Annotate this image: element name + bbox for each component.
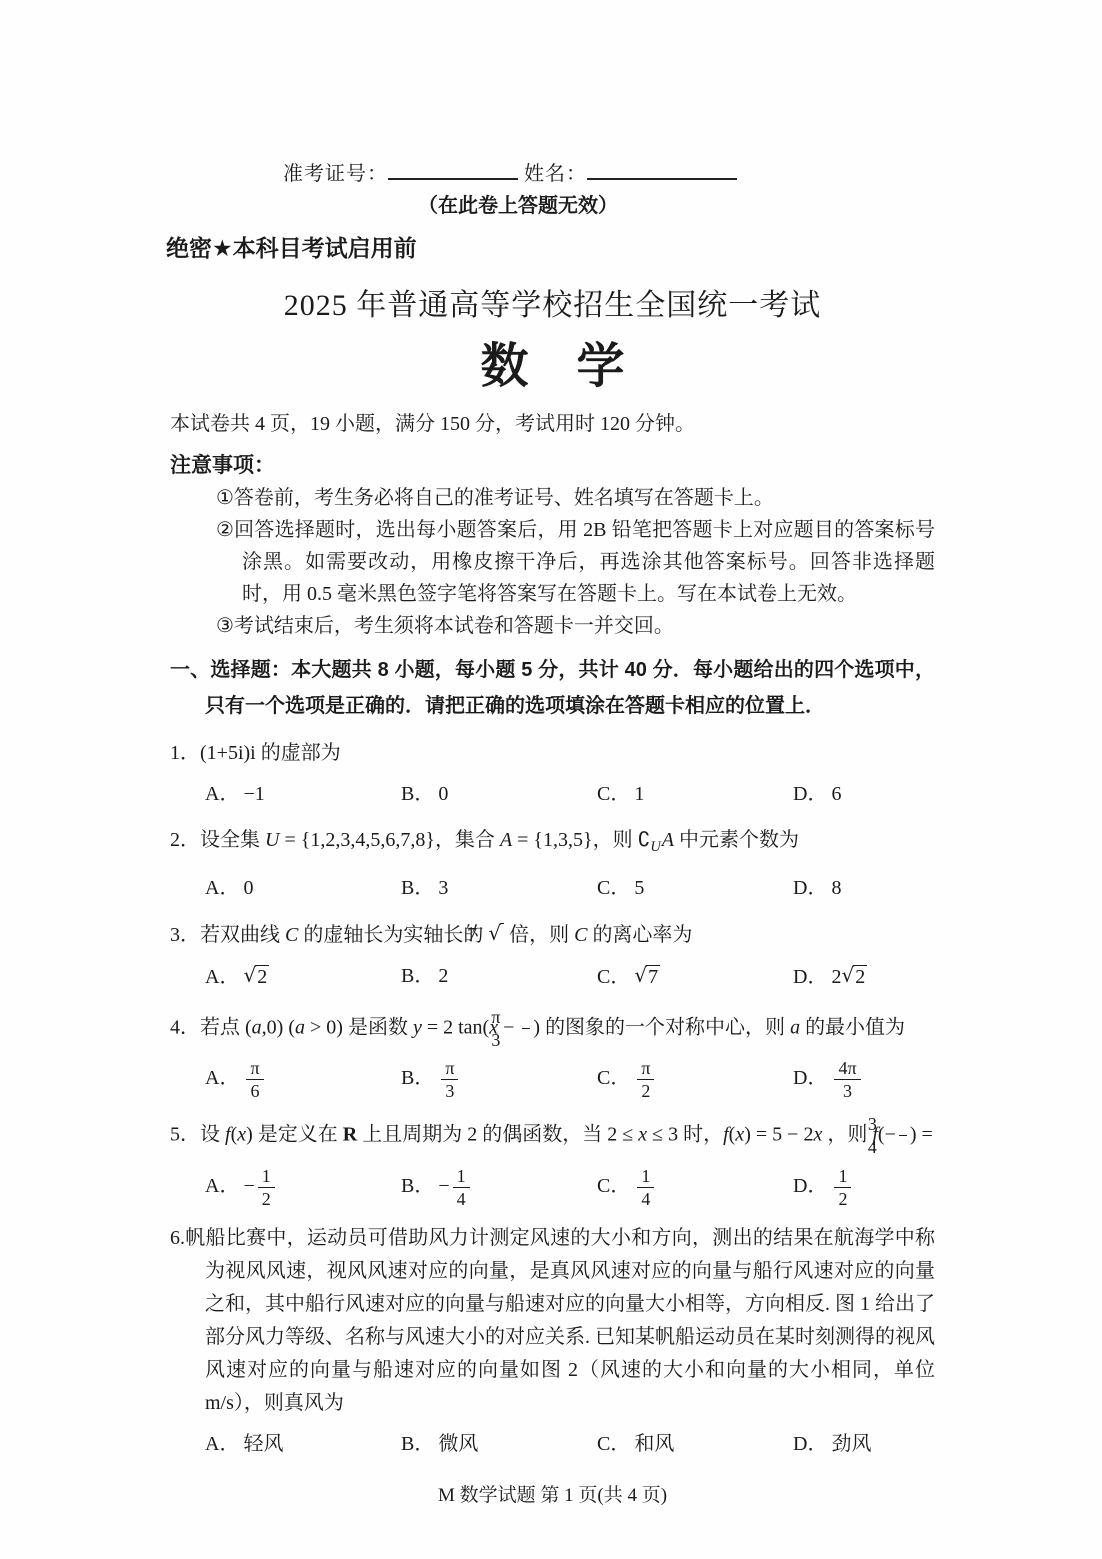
option-label: A．: [205, 1067, 239, 1089]
notice-item-1: ①答卷前，考生务必将自己的准考证号、姓名填写在答题卡上。: [216, 482, 935, 514]
text-segment: ，则: [593, 829, 638, 851]
question-number: 5．: [170, 1123, 200, 1145]
option-A: A．−1: [205, 778, 401, 811]
option-C: C．1: [597, 778, 793, 811]
text-segment: 劲风: [831, 1433, 871, 1455]
option-D: D．12: [793, 1166, 991, 1209]
text-segment: x: [638, 1123, 647, 1145]
option-content: 5: [634, 877, 644, 899]
text-segment: C: [574, 924, 587, 946]
question-stem: 1．(1+5i)i 的虚部为: [170, 737, 935, 770]
option-label: D．: [793, 1433, 827, 1455]
text-segment: 设全集: [200, 829, 265, 851]
math-fraction: 34: [899, 1114, 907, 1157]
fraction-numerator: π: [522, 1007, 530, 1029]
text-segment: 的虚轴长为实轴长的: [298, 924, 488, 946]
text-segment: A: [500, 829, 512, 851]
exam-no-label: 准考证号：: [283, 163, 388, 185]
registration-line: 准考证号：姓名：: [283, 158, 935, 188]
option-content: 微风: [438, 1433, 478, 1455]
options-row: A．−1B．0C．1D．6: [205, 778, 935, 811]
option-C: C．π2: [597, 1058, 793, 1101]
fraction-numerator: 1: [637, 1166, 654, 1188]
option-label: D．: [793, 1175, 827, 1197]
option-D: D．4π3: [793, 1058, 991, 1101]
option-content: −14: [438, 1175, 472, 1197]
text-segment: ≤ 3: [647, 1123, 678, 1145]
option-label: B．: [401, 1433, 434, 1455]
option-content: π3: [438, 1067, 461, 1089]
radical-sign: √: [841, 963, 854, 987]
fraction-denominator: 4: [457, 1188, 466, 1209]
text-segment: 的虚部为: [256, 742, 341, 764]
option-label: C．: [597, 877, 630, 899]
exam-paper-page: 准考证号：姓名： （在此卷上答题无效） 绝密★本科目考试启用前 2025 年普通…: [0, 0, 1102, 1559]
question-number: 6.: [170, 1227, 185, 1249]
text-segment: −: [498, 1016, 519, 1038]
text-segment: A: [662, 829, 674, 851]
exam-no-blank-field: [388, 158, 518, 180]
option-label: A．: [205, 1433, 239, 1455]
option-B: B．π3: [401, 1058, 597, 1101]
notice-list: ①答卷前，考生务必将自己的准考证号、姓名填写在答题卡上。 ②回答选择题时，选出每…: [216, 482, 935, 642]
secrecy-note: 绝密★本科目考试启用前: [166, 232, 935, 264]
math-sqrt: √2: [243, 966, 269, 988]
option-C: C．14: [597, 1166, 793, 1209]
option-label: A．: [205, 966, 239, 988]
option-B: B．3: [401, 872, 597, 905]
option-label: A．: [205, 783, 239, 805]
text-segment: ,0) (: [262, 1016, 295, 1038]
option-A: A．√2: [205, 960, 401, 994]
text-segment: 的离心率为: [587, 924, 692, 946]
options-row: A．√2B．2C．√7D．2√2: [205, 960, 935, 994]
text-segment: ) = 5 − 2: [744, 1123, 813, 1145]
fraction-denominator: 4: [641, 1188, 650, 1209]
option-A: A．−12: [205, 1166, 401, 1209]
math-sqrt: √7: [634, 966, 660, 988]
options-row: A．−12B．−14C．14D．12: [205, 1166, 935, 1209]
option-content: √2: [243, 966, 269, 988]
math-fraction: 4π3: [834, 1058, 860, 1101]
text-segment: 的图象的一个对称中心，则: [540, 1016, 790, 1038]
option-content: 0: [438, 783, 448, 805]
option-content: 和风: [634, 1433, 674, 1455]
text-segment: ，则: [822, 1123, 872, 1145]
notice-title: 注意事项：: [170, 449, 935, 482]
text-segment: 轻风: [243, 1433, 283, 1455]
fraction-numerator: 1: [258, 1166, 275, 1188]
text-segment: 是函数: [343, 1016, 413, 1038]
option-D: D．劲风: [793, 1428, 991, 1461]
question-stem: 2．设全集 U = {1,2,3,4,5,6,7,8}，集合 A = {1,3,…: [170, 824, 935, 864]
question-5: 5．设 f(x) 是定义在 R 上且周期为 2 的偶函数，当 2 ≤ x ≤ 3…: [170, 1114, 935, 1209]
question-4: 4．若点 (a,0) (a > 0) 是函数 y = 2 tan(x − π3)…: [170, 1007, 935, 1102]
option-B: B．2: [401, 960, 597, 994]
option-label: B．: [401, 1175, 434, 1197]
option-content: −1: [243, 783, 264, 805]
text-segment: a: [295, 1016, 305, 1038]
option-content: 0: [243, 877, 253, 899]
option-label: A．: [205, 1175, 239, 1197]
option-label: A．: [205, 877, 239, 899]
option-label: B．: [401, 877, 434, 899]
name-label: 姓名：: [524, 163, 587, 185]
fraction-denominator: 3: [445, 1080, 454, 1101]
options-row: A．轻风B．微风C．和风D．劲风: [205, 1428, 935, 1461]
notice-item-2: ②回答选择题时，选出每小题答案后，用 2B 铅笔把答题卡上对应题目的答案标号涂黑…: [216, 514, 935, 610]
math-fraction: π6: [246, 1058, 263, 1101]
text-segment: 微风: [438, 1433, 478, 1455]
text-segment: x: [813, 1123, 822, 1145]
question-number: 1．: [170, 742, 200, 764]
math-fraction: 12: [258, 1166, 275, 1209]
option-content: 12: [831, 1175, 854, 1197]
math-sqrt: √2: [841, 966, 867, 988]
option-label: C．: [597, 1067, 630, 1089]
question-number: 3．: [170, 924, 200, 946]
option-label: D．: [793, 1067, 827, 1089]
fraction-numerator: π: [441, 1058, 458, 1080]
option-label: C．: [597, 1433, 630, 1455]
math-fraction: 14: [453, 1166, 470, 1209]
text-segment: −1: [243, 783, 264, 805]
text-segment: 设: [200, 1123, 225, 1145]
math-subscript: U: [650, 839, 660, 855]
option-content: π6: [243, 1067, 266, 1089]
text-segment: 是定义在: [253, 1123, 343, 1145]
text-segment: 8: [831, 877, 841, 899]
option-D: D．8: [793, 872, 991, 905]
text-segment: 和风: [634, 1433, 674, 1455]
invalid-note: （在此卷上答题无效）: [283, 190, 753, 218]
text-segment: 2 ≤: [607, 1123, 638, 1145]
option-label: C．: [597, 783, 630, 805]
option-label: D．: [793, 966, 827, 988]
text-segment: 中元素个数为: [674, 829, 799, 851]
option-C: C．5: [597, 872, 793, 905]
option-B: B．−14: [401, 1166, 597, 1209]
text-segment: −: [243, 1175, 254, 1197]
text-segment: a: [252, 1016, 262, 1038]
option-content: 4π3: [831, 1067, 863, 1089]
option-A: A．轻风: [205, 1428, 401, 1461]
option-A: A．0: [205, 872, 401, 905]
text-segment: −: [438, 1175, 449, 1197]
option-C: C．和风: [597, 1428, 793, 1461]
question-3: 3．若双曲线 C 的虚轴长为实轴长的 √7 倍，则 C 的离心率为A．√2B．2…: [170, 918, 935, 994]
radical-sign: √: [488, 921, 501, 945]
text-segment: 2: [438, 965, 448, 987]
text-segment: = {1,3,5}: [512, 829, 592, 851]
fraction-denominator: 2: [641, 1080, 650, 1101]
text-segment: = {1,2,3,4,5,6,7,8}: [279, 829, 434, 851]
option-content: 2√2: [831, 966, 867, 988]
options-row: A．0B．3C．5D．8: [205, 872, 935, 905]
option-content: 轻风: [243, 1433, 283, 1455]
text-segment: 上且周期为 2 的偶函数，当: [357, 1123, 607, 1145]
text-segment: a: [790, 1016, 800, 1038]
math-fraction: π2: [637, 1058, 654, 1101]
option-content: 6: [831, 783, 841, 805]
subject-title: 数 学: [170, 340, 935, 394]
fraction-denominator: 2: [838, 1188, 847, 1209]
text-segment: ): [246, 1123, 253, 1145]
option-label: B．: [401, 1067, 434, 1089]
option-D: D．6: [793, 778, 991, 811]
option-label: D．: [793, 783, 827, 805]
question-stem: 6.帆船比赛中，运动员可借助风力计测定风速的大小和方向，测出的结果在航海学中称为…: [170, 1222, 935, 1420]
text-segment: ) =: [910, 1123, 933, 1145]
option-label: C．: [597, 966, 630, 988]
text-segment: ∁: [638, 829, 651, 851]
text-segment: (1+5i)i: [200, 742, 256, 764]
option-content: −12: [243, 1175, 277, 1197]
option-label: B．: [401, 783, 434, 805]
option-B: B．微风: [401, 1428, 597, 1461]
fraction-denominator: 3: [843, 1080, 852, 1101]
name-blank-field: [587, 158, 737, 180]
text-segment: 6: [831, 783, 841, 805]
text-segment: R: [343, 1123, 357, 1145]
text-segment: 3: [438, 877, 448, 899]
option-content: 8: [831, 877, 841, 899]
paper-info: 本试卷共 4 页，19 小题，满分 150 分，考试用时 120 分钟。: [170, 408, 935, 441]
fraction-numerator: π: [246, 1058, 263, 1080]
section1-heading: 一、选择题：本大题共 8 小题，每小题 5 分，共计 40 分．每小题给出的四个…: [170, 652, 935, 724]
question-2: 2．设全集 U = {1,2,3,4,5,6,7,8}，集合 A = {1,3,…: [170, 824, 935, 905]
option-B: B．0: [401, 778, 597, 811]
fraction-numerator: π: [637, 1058, 654, 1080]
math-sqrt: √7: [488, 924, 504, 946]
option-content: 劲风: [831, 1433, 871, 1455]
fraction-denominator: 6: [251, 1080, 260, 1101]
question-stem: 3．若双曲线 C 的虚轴长为实轴长的 √7 倍，则 C 的离心率为: [170, 918, 935, 952]
text-segment: 若双曲线: [200, 924, 285, 946]
text-segment: 1: [634, 783, 644, 805]
option-content: 1: [634, 783, 644, 805]
radicand: 7: [646, 965, 660, 989]
notice-item-3: ③考试结束后，考生须将本试卷和答题卡一并交回。: [216, 610, 935, 642]
fraction-numerator: 3: [899, 1114, 907, 1136]
math-fraction: π3: [522, 1007, 530, 1050]
questions-list: 1．(1+5i)i 的虚部为A．−1B．0C．1D．62．设全集 U = {1,…: [170, 737, 935, 1461]
text-segment: x: [735, 1123, 744, 1145]
radical-sign: √: [243, 963, 256, 987]
text-segment: 时，: [678, 1123, 723, 1145]
option-D: D．2√2: [793, 960, 991, 994]
math-fraction: 14: [637, 1166, 654, 1209]
text-segment: 倍，则: [504, 924, 574, 946]
page-footer: M 数学试题 第 1 页(共 4 页): [170, 1479, 935, 1512]
fraction-denominator: 2: [262, 1188, 271, 1209]
option-content: π2: [634, 1067, 657, 1089]
math-fraction: 12: [834, 1166, 851, 1209]
radicand: 2: [255, 965, 269, 989]
question-number: 4．: [170, 1016, 200, 1038]
text-segment: 5: [634, 877, 644, 899]
fraction-numerator: 4π: [834, 1058, 860, 1080]
text-segment: 0: [438, 783, 448, 805]
option-label: C．: [597, 1175, 630, 1197]
fraction-numerator: 1: [834, 1166, 851, 1188]
question-1: 1．(1+5i)i 的虚部为A．−1B．0C．1D．6: [170, 737, 935, 811]
text-segment: 帆船比赛中，运动员可借助风力计测定风速的大小和方向，测出的结果在航海学中称为视风…: [185, 1227, 935, 1414]
text-segment: ，集合: [435, 829, 500, 851]
option-A: A．π6: [205, 1058, 401, 1101]
question-stem: 4．若点 (a,0) (a > 0) 是函数 y = 2 tan(x − π3)…: [170, 1007, 935, 1050]
options-row: A．π6B．π3C．π2D．4π3: [205, 1058, 935, 1101]
option-content: 3: [438, 877, 448, 899]
option-content: √7: [634, 966, 660, 988]
text-segment: = 2 tan(: [422, 1016, 489, 1038]
radicand: 2: [853, 965, 867, 989]
option-label: D．: [793, 877, 827, 899]
text-segment: U: [265, 829, 279, 851]
option-content: 14: [634, 1175, 657, 1197]
text-segment: 的最小值为: [800, 1016, 905, 1038]
radical-sign: √: [634, 963, 647, 987]
text-segment: > 0): [305, 1016, 343, 1038]
option-label: B．: [401, 965, 434, 987]
text-segment: x: [237, 1123, 246, 1145]
question-number: 2．: [170, 829, 200, 851]
option-C: C．√7: [597, 960, 793, 994]
text-segment: C: [285, 924, 298, 946]
text-segment: (: [245, 1016, 252, 1038]
exam-title: 2025 年普通高等学校招生全国统一考试: [170, 288, 935, 324]
text-segment: y: [413, 1016, 422, 1038]
math-fraction: π3: [441, 1058, 458, 1101]
fraction-numerator: 1: [453, 1166, 470, 1188]
question-stem: 5．设 f(x) 是定义在 R 上且周期为 2 的偶函数，当 2 ≤ x ≤ 3…: [170, 1114, 935, 1157]
text-segment: 0: [243, 877, 253, 899]
text-segment: 若点: [200, 1016, 245, 1038]
option-content: 2: [438, 965, 448, 987]
text-segment: 2: [831, 966, 841, 988]
question-6: 6.帆船比赛中，运动员可借助风力计测定风速的大小和方向，测出的结果在航海学中称为…: [170, 1222, 935, 1461]
text-segment: (−: [878, 1123, 896, 1145]
